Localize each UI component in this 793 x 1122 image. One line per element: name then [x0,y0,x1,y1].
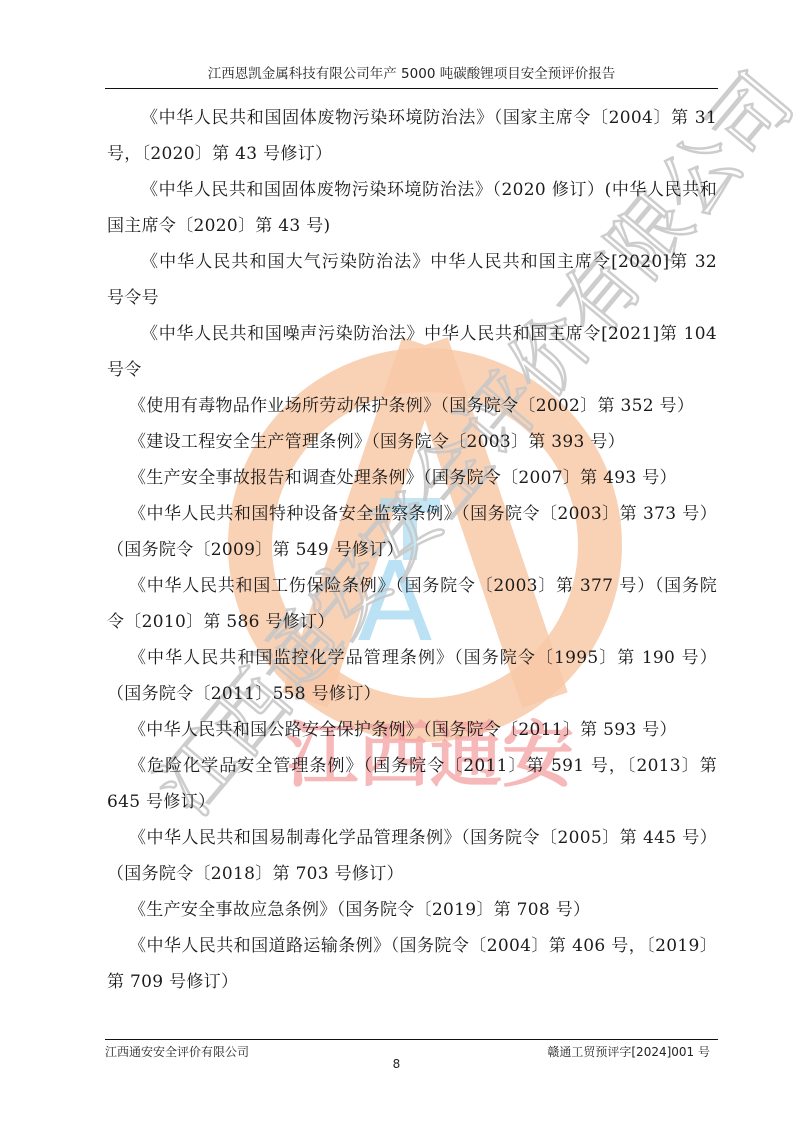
footer-divider [105,1039,718,1040]
regulation-item: 《中华人民共和国噪声污染防治法》中华人民共和国主席令[2021]第 104 号令 [107,316,717,388]
regulation-item: 《中华人民共和国公路安全保护条例》（国务院令〔2011〕第 593 号） [107,712,717,748]
regulation-item: 《中华人民共和国固体废物污染环境防治法》（国家主席令〔2004〕第 31 号，〔… [107,100,717,172]
page-number: 8 [0,1057,793,1071]
regulation-item: 《中华人民共和国监控化学品管理条例》（国务院令〔1995〕第 190 号）（国务… [107,640,717,712]
regulation-item: 《使用有毒物品作业场所劳动保护条例》（国务院令〔2002〕第 352 号） [107,388,717,424]
header-divider [105,88,718,89]
document-body: 《中华人民共和国固体废物污染环境防治法》（国家主席令〔2004〕第 31 号，〔… [107,100,717,1000]
regulation-item: 《中华人民共和国易制毒化学品管理条例》（国务院令〔2005〕第 445 号）（国… [107,820,717,892]
regulation-item: 《中华人民共和国道路运输条例》（国务院令〔2004〕第 406 号，〔2019〕… [107,928,717,1000]
regulation-item: 《中华人民共和国大气污染防治法》中华人民共和国主席令[2020]第 32 号令号 [107,244,717,316]
regulation-item: 《建设工程安全生产管理条例》（国务院令〔2003〕第 393 号） [107,424,717,460]
regulation-item: 《危险化学品安全管理条例》（国务院令〔2011〕第 591 号，〔2013〕第 … [107,748,717,820]
regulation-item: 《中华人民共和国特种设备安全监察条例》（国务院令〔2003〕第 373 号）（国… [107,496,717,568]
regulation-item: 《生产安全事故应急条例》（国务院令〔2019〕第 708 号） [107,892,717,928]
page-header-title: 江西恩凯金属科技有限公司年产 5000 吨碳酸锂项目安全预评价报告 [105,62,718,82]
regulation-item: 《中华人民共和国固体废物污染环境防治法》（2020 修订）(中华人民共和国主席令… [107,172,717,244]
regulation-item: 《生产安全事故报告和调查处理条例》（国务院令〔2007〕第 493 号） [107,460,717,496]
regulation-item: 《中华人民共和国工伤保险条例》（国务院令〔2003〕第 377 号）（国务院令〔… [107,568,717,640]
